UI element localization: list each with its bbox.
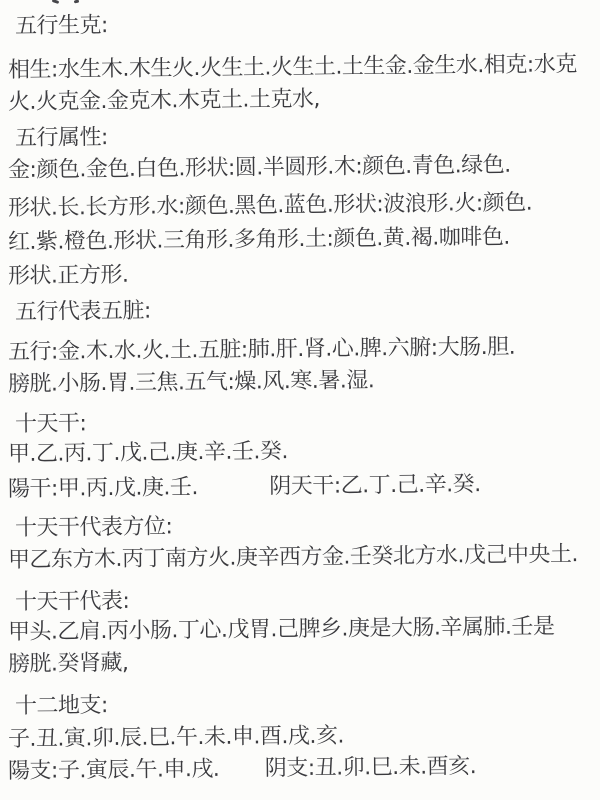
handwritten-line: 五行:金.木.水.火.土.五脏:肺.肝.肾.心.脾.六腑:大肠.胆. xyxy=(8,335,515,366)
section-heading-wuxing-shengke: 五行生克: xyxy=(15,13,108,40)
cutoff-stroke-mark xyxy=(74,0,80,3)
section-heading-dizhi: 十二地支: xyxy=(15,693,108,720)
section-heading-tiangan-daibiao: 十天干代表: xyxy=(15,589,130,616)
handwritten-line: 膀胱.小肠.胃.三焦.五气:燥.风.寒.暑.湿. xyxy=(8,368,375,398)
handwritten-line: 膀胱.癸肾藏, xyxy=(8,651,129,678)
handwritten-page: 五行生克: 相生:水生木.木生火.火生土.火生土.土生金.金生水.相克:水克 火… xyxy=(0,0,600,800)
handwritten-line: 红.紫.橙色.形状.三角形.多角形.土:颜色.黄.褐.咖啡色. xyxy=(8,225,510,256)
handwritten-line: 形状.正方形. xyxy=(8,263,129,290)
handwritten-line: 金:颜色.金色.白色.形状:圆.半圆形.木:颜色.青色.绿色. xyxy=(8,153,511,184)
handwritten-line: 子.丑.寅.卯.辰.巳.午.未.申.酉.戌.亥. xyxy=(8,723,344,753)
section-heading-wuxing-shuxing: 五行属性: xyxy=(15,125,108,152)
handwritten-line: 甲乙东方木.丙丁南方火.庚辛西方金.壬癸北方水.戊己中央土. xyxy=(8,542,578,574)
handwritten-line: 火.火克金.金克木.木克土.土克水, xyxy=(8,87,320,116)
section-heading-tiangan: 十天干: xyxy=(15,411,87,438)
handwritten-line: 相生:水生木.木生火.火生土.火生土.土生金.金生水.相克:水克 xyxy=(8,52,577,84)
section-heading-tiangan-fangwei: 十天干代表方位: xyxy=(15,514,173,542)
handwritten-line: 形状.长.长方形.水:颜色.黑色.蓝色.形状:波浪形.火:颜色. xyxy=(8,191,532,222)
handwritten-line: 陽支:子.寅辰.午.申.戌. 阴支:丑.卯.巳.未.酉亥. xyxy=(8,754,476,785)
handwritten-line: 甲.乙.丙.丁.戊.己.庚.辛.壬.癸. xyxy=(8,439,288,468)
handwritten-line: 陽干:甲.丙.戊.庚.壬. 阴天干:乙.丁.己.辛.癸. xyxy=(8,472,481,503)
section-heading-wuxing-wuzang: 五行代表五脏: xyxy=(15,299,151,326)
cutoff-stroke-mark xyxy=(52,0,60,4)
handwritten-line: 甲头.乙肩.丙小肠.丁心.戊胃.己脾乡.庚是大肠.辛属肺.壬是 xyxy=(8,614,555,646)
